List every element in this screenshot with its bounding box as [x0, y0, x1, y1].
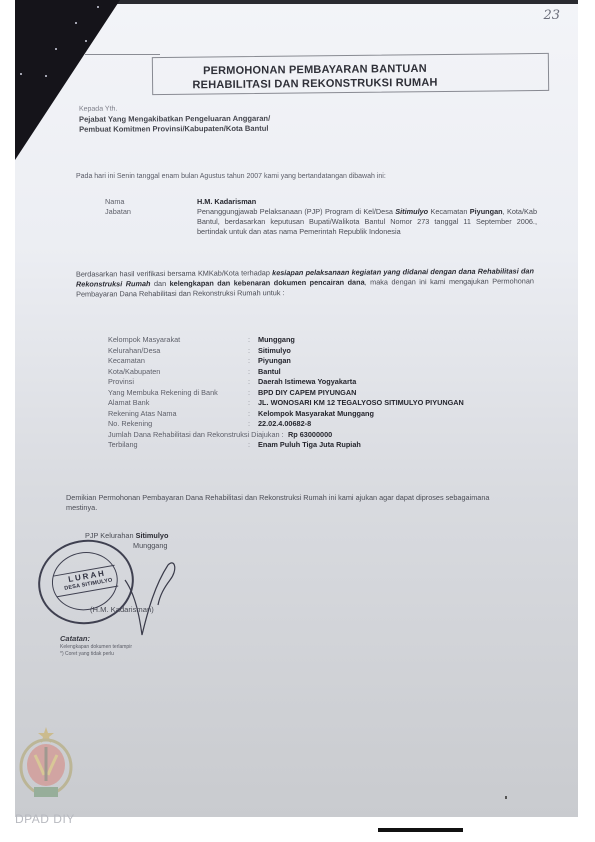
- detail-label: Kelurahan/Desa: [108, 346, 160, 356]
- detail-value: Kelompok Masyarakat Munggang: [258, 409, 374, 419]
- spelled-value: Enam Puluh Tiga Juta Rupiah: [258, 440, 361, 450]
- signer-position: Penanggungjawab Pelaksanaan (PJP) Progra…: [197, 207, 537, 237]
- bottom-bar: [378, 828, 463, 832]
- detail-label: No. Rekening: [108, 419, 152, 429]
- closing-paragraph: Demikian Permohonan Pembayaran Dana Reha…: [66, 493, 506, 513]
- detail-value: Daerah Istimewa Yogyakarta: [258, 377, 356, 387]
- detail-label: Kecamatan: [108, 356, 145, 366]
- watermark: DPAD DIY: [15, 812, 75, 826]
- basis-paragraph: Berdasarkan hasil verifikasi bersama KMK…: [76, 266, 534, 299]
- detail-value: 22.02.4.00682-8: [258, 419, 311, 429]
- detail-label: Rekening Atas Nama: [108, 409, 177, 419]
- document-title: PERMOHONAN PEMBAYARAN BANTUAN REHABILITA…: [175, 62, 455, 93]
- opening-sentence: Pada hari ini Senin tanggal enam bulan A…: [76, 172, 476, 182]
- handwritten-signature: [120, 560, 180, 640]
- spelled-label: Terbilang: [108, 440, 138, 450]
- dpad-diy-emblem-icon: [17, 725, 75, 805]
- detail-value: JL. WONOSARI KM 12 TEGALYOSO SITIMULYO P…: [258, 398, 464, 408]
- detail-value: BPD DIY CAPEM PIYUNGAN: [258, 388, 356, 398]
- detail-value: Munggang: [258, 335, 295, 345]
- amount-value: Rp 63000000: [288, 430, 332, 440]
- detail-label: Kota/Kabupaten: [108, 367, 160, 377]
- notes: Catatan: Kelengkapan dokumen terlampir *…: [60, 634, 320, 658]
- detail-label: Kelompok Masyarakat: [108, 335, 180, 345]
- page-number: 23: [543, 8, 560, 23]
- signer-identity: Nama H.M. Kadarisman Jabatan Penanggungj…: [105, 197, 545, 267]
- account-details: Kelompok Masyarakat:MunggangKelurahan/De…: [108, 335, 528, 470]
- amount-label: Jumlah Dana Rehabilitasi dan Rekonstruks…: [108, 430, 284, 440]
- scan-background-corner: [15, 0, 120, 160]
- divider: [85, 54, 160, 55]
- detail-label: Alamat Bank: [108, 398, 149, 408]
- detail-value: Bantul: [258, 367, 281, 377]
- detail-label: Yang Membuka Rekening di Bank: [108, 388, 218, 398]
- detail-value: Sitimulyo: [258, 346, 291, 356]
- addressee: Kepada Yth. Pejabat Yang Mengakibatkan P…: [79, 103, 379, 135]
- detail-value: Piyungan: [258, 356, 291, 366]
- detail-label: Provinsi: [108, 377, 134, 387]
